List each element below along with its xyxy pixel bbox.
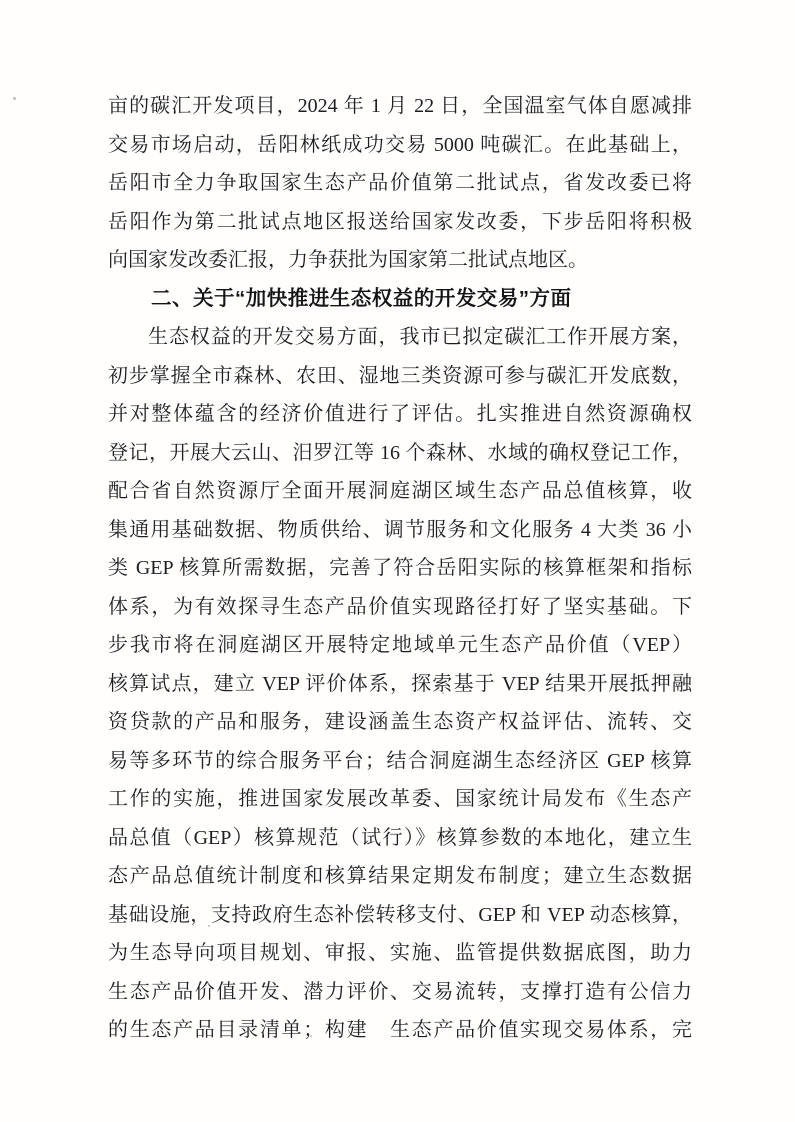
section-heading: 二、关于“加快推进生态权益的开发交易”方面 xyxy=(108,280,692,319)
text-line: 生态产品价值开发、潜力评价、交易流转，支撑打造有公信力 xyxy=(108,973,692,1012)
text-line: 登记，开展大云山、汨罗江等 16 个森林、水域的确权登记工作， xyxy=(108,434,692,473)
text-line: 岳阳市全力争取国家生态产品价值第二批试点，省发改委已将 xyxy=(108,164,692,203)
text-line: 类 GEP 核算所需数据，完善了符合岳阳实际的核算框架和指标 xyxy=(108,549,692,588)
text-line: 易等多环节的综合服务平台；结合洞庭湖生态经济区 GEP 核算 xyxy=(108,742,692,781)
text-line: 生态权益的开发交易方面，我市已拟定碳汇工作开展方案， xyxy=(108,318,692,357)
text-line: 基础设施，支持政府生态补偿转移支付、GEP 和 VEP 动态核算， xyxy=(108,896,692,935)
document-text-block: 亩的碳汇开发项目，2024 年 1 月 22 日，全国温室气体自愿减排 交易市场… xyxy=(108,87,692,1050)
text-line: 品总值（GEP）核算规范（试行）》核算参数的本地化，建立生 xyxy=(108,819,692,858)
text-line: 工作的实施，推进国家发展改革委、国家统计局发布《生态产 xyxy=(108,780,692,819)
scan-speck xyxy=(13,97,16,100)
text-line: 交易市场启动，岳阳林纸成功交易 5000 吨碳汇。在此基础上， xyxy=(108,126,692,165)
text-line: 资贷款的产品和服务，建设涵盖生态资产权益评估、流转、交 xyxy=(108,703,692,742)
text-line: 并对整体蕴含的经济价值进行了评估。扎实推进自然资源确权 xyxy=(108,395,692,434)
text-line: 的生态产品目录清单；构建 生态产品价值实现交易体系，完 xyxy=(108,1011,692,1050)
text-line: 亩的碳汇开发项目，2024 年 1 月 22 日，全国温室气体自愿减排 xyxy=(108,87,692,126)
text-line: 配合省自然资源厅全面开展洞庭湖区域生态产品总值核算，收 xyxy=(108,472,692,511)
text-line: 岳阳作为第二批试点地区报送给国家发改委，下步岳阳将积极 xyxy=(108,203,692,242)
text-line: 态产品总值统计制度和核算结果定期发布制度；建立生态数据 xyxy=(108,857,692,896)
text-line: 初步掌握全市森林、农田、湿地三类资源可参与碳汇开发底数， xyxy=(108,357,692,396)
text-line: 核算试点，建立 VEP 评价体系，探索基于 VEP 结果开展抵押融 xyxy=(108,665,692,704)
text-line: 集通用基础数据、物质供给、调节服务和文化服务 4 大类 36 小 xyxy=(108,511,692,550)
scanned-page: 亩的碳汇开发项目，2024 年 1 月 22 日，全国温室气体自愿减排 交易市场… xyxy=(0,0,795,1122)
text-line: 为生态导向项目规划、审报、实施、监管提供数据底图，助力 xyxy=(108,934,692,973)
text-line: 向国家发改委汇报，力争获批为国家第二批试点地区。 xyxy=(108,241,692,280)
text-line: 体系，为有效探寻生态产品价值实现路径打好了坚实基础。下 xyxy=(108,588,692,627)
text-line: 步我市将在洞庭湖区开展特定地域单元生态产品价值（VEP） xyxy=(108,626,692,665)
